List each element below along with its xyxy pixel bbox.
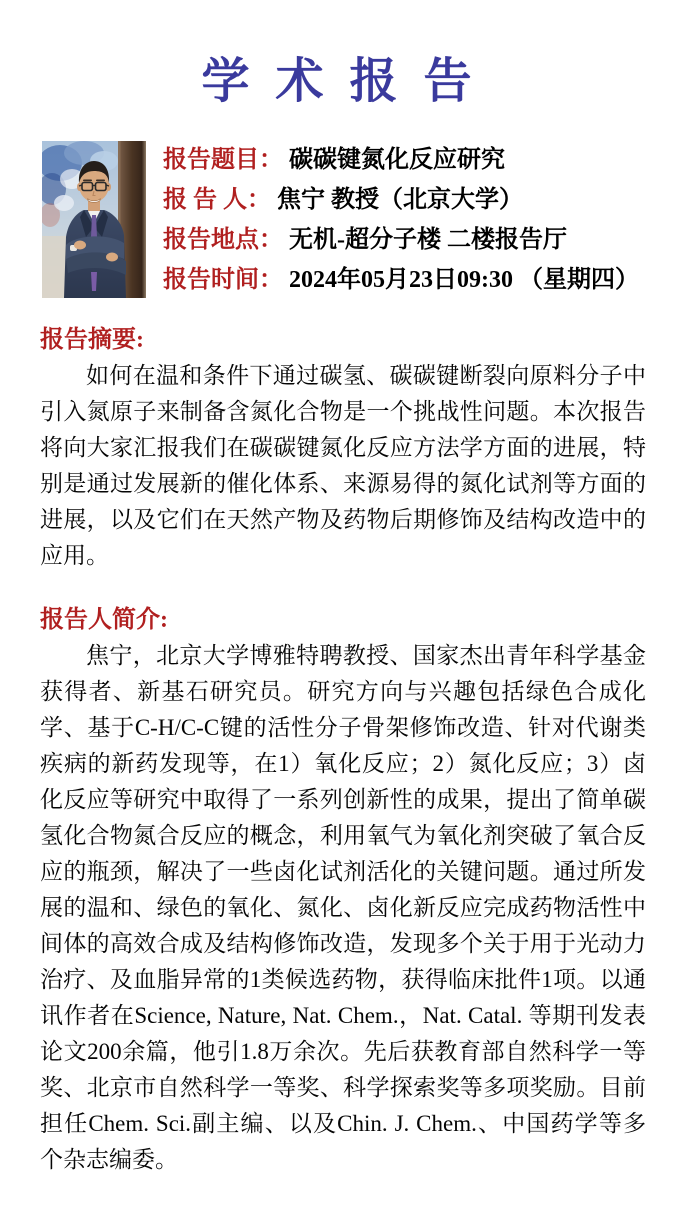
info-row-topic: 报告题目：碳碳键氮化反应研究 (163, 140, 649, 180)
abstract-heading: 报告摘要: (40, 322, 646, 358)
abstract-section: 报告摘要: 如何在温和条件下通过碳氢、碳碳键断裂向原料分子中引入氮原子来制备含氮… (40, 322, 646, 574)
speaker-label: 报 告 人： (163, 187, 271, 213)
info-row-time: 报告时间：2024年05月23日09:30 （星期四） (163, 260, 649, 300)
bio-section: 报告人简介: 焦宁，北京大学博雅特聘教授、国家杰出青年科学基金获得者、新基石研究… (40, 602, 646, 1178)
page-title: 学 术 报 告 (0, 42, 680, 111)
time-value: 2024年05月23日09:30 （星期四） (283, 267, 639, 293)
abstract-body: 如何在温和条件下通过碳氢、碳碳键断裂向原料分子中引入氮原子来制备含氮化合物是一个… (40, 358, 646, 574)
info-row-location: 报告地点：无机-超分子楼 二楼报告厅 (163, 220, 649, 260)
info-row-speaker: 报 告 人：焦宁 教授（北京大学） (163, 180, 649, 220)
lecture-info: 报告题目：碳碳键氮化反应研究 报 告 人：焦宁 教授（北京大学） 报告地点：无机… (163, 140, 649, 300)
location-label: 报告地点： (163, 227, 283, 253)
bio-body: 焦宁，北京大学博雅特聘教授、国家杰出青年科学基金获得者、新基石研究员。研究方向与… (40, 638, 646, 1178)
announcement-page: 学 术 报 告 (0, 0, 680, 1213)
speaker-value: 焦宁 教授（北京大学） (271, 187, 523, 213)
time-label: 报告时间： (163, 267, 283, 293)
bio-heading: 报告人简介: (40, 602, 646, 638)
speaker-portrait-illustration (42, 141, 146, 298)
location-value: 无机-超分子楼 二楼报告厅 (283, 227, 567, 253)
topic-value: 碳碳键氮化反应研究 (283, 147, 505, 173)
topic-label: 报告题目： (163, 147, 283, 173)
speaker-photo (42, 141, 146, 298)
